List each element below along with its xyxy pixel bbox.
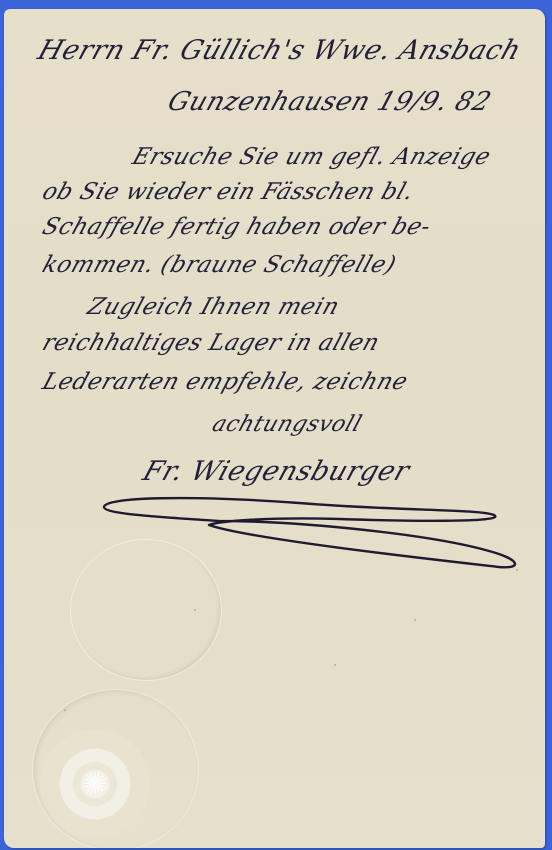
body-line: Zugleich Ihnen mein: [84, 294, 343, 320]
body-line: ob Sie wieder ein Fässchen bl.: [39, 179, 417, 205]
body-line: kommen. (braune Schaffelle): [39, 252, 399, 278]
body-line: Ersuche Sie um gefl. Anzeige: [129, 144, 494, 170]
signature: Fr. Wiegensburger: [139, 456, 414, 487]
paper-speck: [414, 619, 416, 621]
emboss-outline: [70, 539, 222, 681]
embossed-crest-icon: ✺: [40, 729, 150, 839]
place-date: Gunzenhausen 19/9. 82: [164, 87, 495, 117]
body-line: reichhaltiges Lager in allen: [39, 330, 383, 356]
body-line: Lederarten empfehle, zeichne: [39, 369, 411, 395]
address-line: Herrn Fr. Güllich's Wwe. Ansbach: [34, 35, 525, 66]
paper-speck: [334, 664, 336, 666]
closing-line: achtungsvoll: [209, 412, 365, 437]
postcard: Herrn Fr. Güllich's Wwe. Ansbach Gunzenh…: [4, 9, 545, 848]
body-line: Schaffelle fertig haben oder be-: [39, 214, 434, 240]
